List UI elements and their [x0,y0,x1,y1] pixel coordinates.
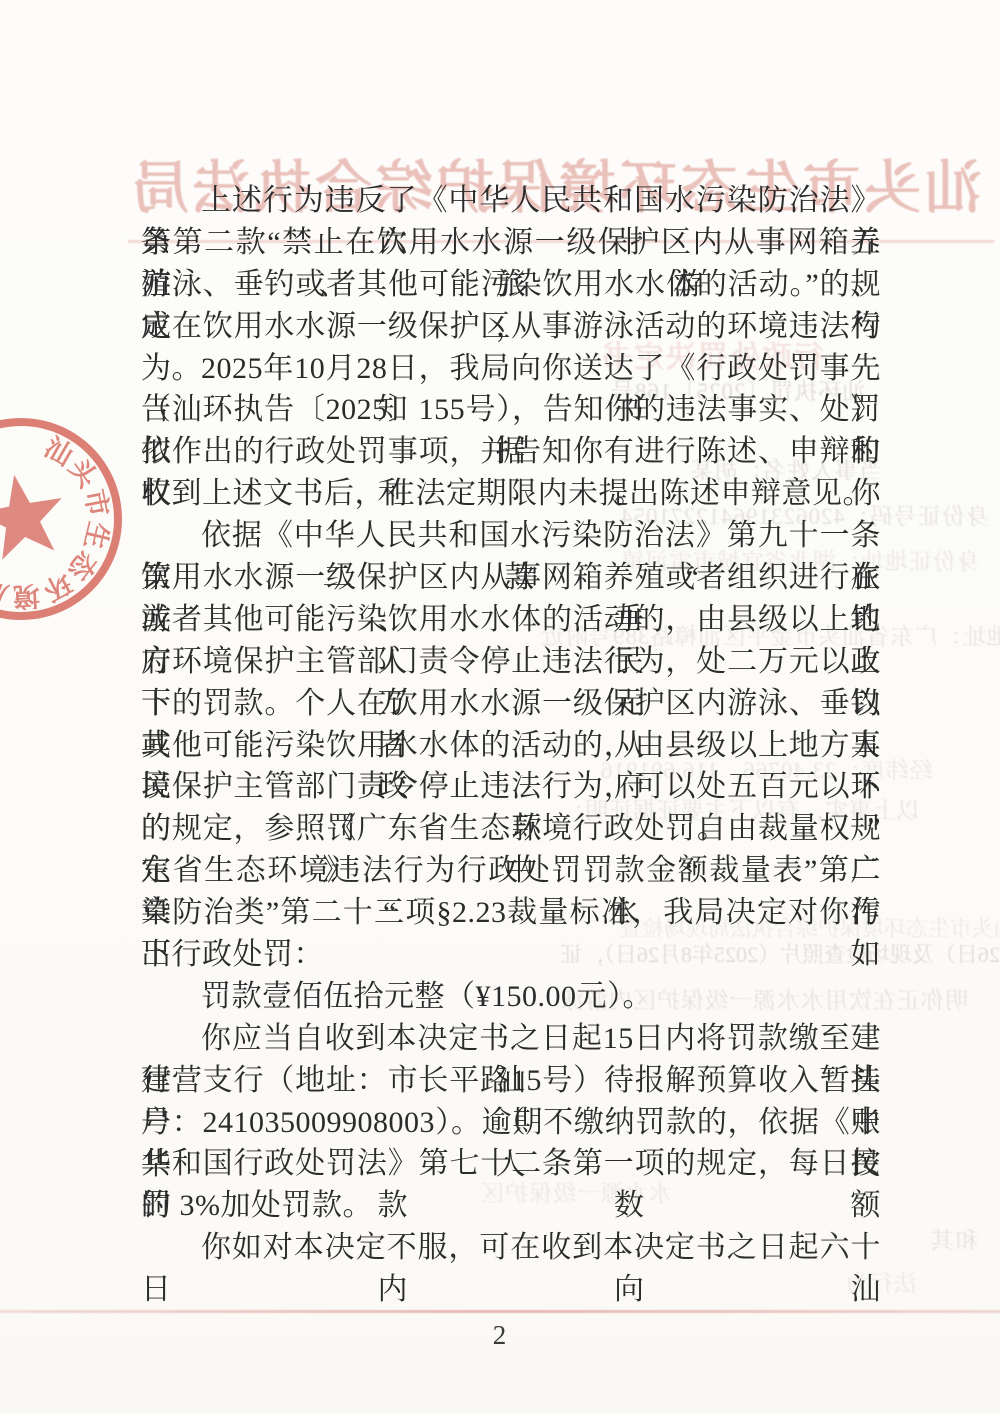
bleed-through-text: 和其 [930,1222,978,1255]
text-line: 收到上述文书后，在法定期限内未提出陈述申辩意见。 [141,473,881,515]
seal-star [0,470,64,566]
text-line: 号：241035009908003）。逾期不缴纳罚款的，依据《中华人民 [141,1102,881,1144]
page-footer: 2 [0,1320,1000,1351]
text-line: 其他可能污染饮用水水体的活动的，由县级以上地方人民政府环 [141,725,881,767]
text-line: 拟作出的行政处罚事项，并告知你有进行陈述、申辩的权利。你 [141,431,881,473]
text-line: 东省生态环境违法行为行政处罚罚款金额裁量表”第二章“水污 [141,850,881,892]
text-line: 条第二款“禁止在饮用水水源一级保护区内从事网箱养殖、旅游、 [141,222,881,264]
text-line: 你应当自收到本决定书之日起15日内将罚款缴至建行汕头 [141,1018,881,1060]
text-line: 饮用水水源一级保护区内从事网箱养殖或者组织进行旅游、垂钓 [141,557,881,599]
document-body-text: 上述行为违反了《中华人民共和国水污染防治法》第六十五条第二款“禁止在饮用水水源一… [141,180,881,1269]
text-line: 府环境保护主管部门责令停止违法行为，处二万元以上十万元以 [141,641,881,683]
official-seal: 汕头市生态环境局 [0,406,134,632]
text-line: 上述行为违反了《中华人民共和国水污染防治法》第六十五 [141,180,881,222]
text-line: 2025年10月28日，我局向你送达了《行政处罚事先告知书》 [141,348,881,390]
text-line: 的规定，参照《广东省生态环境行政处罚自由裁量权规定》中“广 [141,808,881,850]
text-line: 建营支行（地址：市长平路15号）待报解预算收入暂挂户（账 [141,1060,881,1102]
scanned-document-page: 汕头市生态环境保护综合执法局行政处罚决定书汕环执罚〔2025〕168号当事人姓名… [0,0,1000,1414]
text-line: 境保护主管部门责令停止违法行为，可以处五百元以下的罚款。” [141,766,881,808]
text-line: 下的罚款。个人在饮用水水源一级保护区内游泳、垂钓或者从事 [141,683,881,725]
text-line: 或者其他可能污染饮用水水体的活动的，由县级以上地方人民政 [141,599,881,641]
page-number: 2 [493,1320,508,1350]
text-line: （汕环执告〔2025〕155号），告知你的违法事实、处罚依据和 [141,389,881,431]
text-line: 罚款壹佰伍拾元整（¥150.00元）。 [141,976,881,1018]
text-line: 游泳、垂钓或者其他可能污染饮用水水体的活动。”的规定，构 [141,264,881,306]
text-line: 染防治类”第二十三项§2.23裁量标准，我局决定对你作出如 [141,892,881,934]
text-line: 你如对本决定不服，可在收到本决定书之日起六十日内向汕 [141,1227,881,1269]
text-line: 成在饮用水水源一级保护区从事游泳活动的环境违法行为。 [141,306,881,348]
text-line: 共和国行政处罚法》第七十二条第一项的规定，每日按罚款数额 [141,1143,881,1185]
text-line: 依据《中华人民共和国水污染防治法》第九十一条第二款“在 [141,515,881,557]
